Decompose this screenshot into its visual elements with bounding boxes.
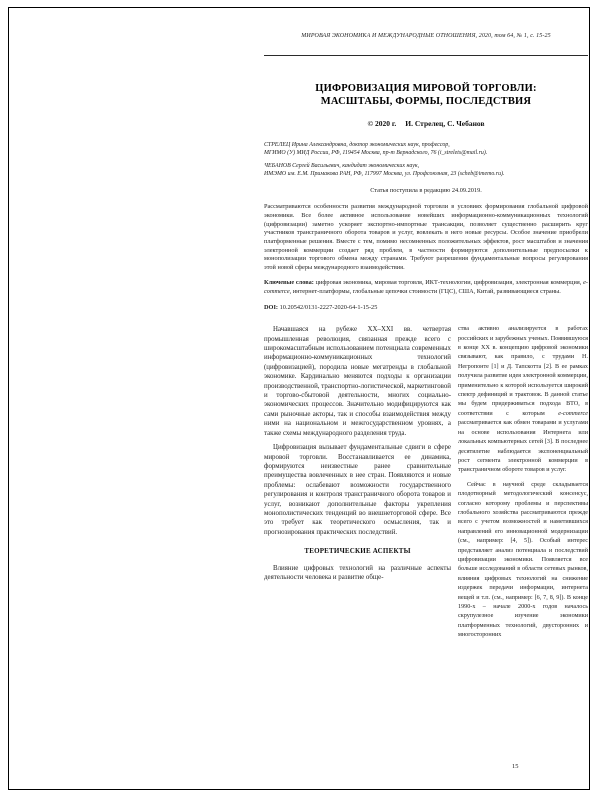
received-date: Статья поступила в редакцию 24.09.2019. (264, 187, 588, 194)
journal-running-head: МИРОВАЯ ЭКОНОМИКА И МЕЖДУНАРОДНЫЕ ОТНОШЕ… (264, 33, 588, 39)
copyright-year: © 2020 г. (367, 119, 396, 128)
body-columns: Начавшаяся на рубеже XX–XXI вв. четверта… (264, 325, 588, 640)
page-number: 15 (512, 763, 519, 770)
affiliation-chebanov: ЧЕБАНОВ Сергей Васильевич, кандидат экон… (264, 162, 588, 179)
affiliation-chebanov-line2: ИМЭМО им. Е.М. Примакова РАН, РФ, 117997… (264, 170, 588, 178)
keywords-label: Ключевые слова: (264, 279, 314, 286)
article-title-line2: МАСШТАБЫ, ФОРМЫ, ПОСЛЕДСТВИЯ (264, 95, 588, 108)
keywords: Ключевые слова: цифровая экономика, миро… (264, 279, 588, 296)
right-paragraph-1-text-2: рассматривается как обмен товарами и усл… (458, 420, 588, 473)
affiliation-strelets-line2: МГИМО (У) МИД России, РФ, 119454 Москва,… (264, 149, 588, 157)
keywords-text-2: , интернет-платформы, глобальные цепочки… (290, 288, 561, 295)
left-paragraph-2: Цифровизация вызывает фундаментальные сд… (264, 443, 451, 537)
article-title-line1: ЦИФРОВИЗАЦИЯ МИРОВОЙ ТОРГОВЛИ: (264, 82, 588, 95)
doi: DOI: 10.20542/0131-2227-2020-64-1-15-25 (264, 304, 588, 311)
doi-value: 10.20542/0131-2227-2020-64-1-15-25 (278, 304, 377, 311)
affiliations: СТРЕЛЕЦ Ирина Александровна, доктор экон… (264, 141, 588, 178)
keywords-text-1: цифровая экономика, мировая торговля, ИК… (314, 279, 583, 286)
article-title: ЦИФРОВИЗАЦИЯ МИРОВОЙ ТОРГОВЛИ: МАСШТАБЫ,… (264, 82, 588, 108)
authors: И. Стрелец, С. Чебанов (405, 119, 484, 128)
right-paragraph-2: Сейчас в научной среде складывается плод… (458, 481, 588, 641)
doi-label: DOI: (264, 304, 278, 311)
affiliation-strelets-line1: СТРЕЛЕЦ Ирина Александровна, доктор экон… (264, 141, 588, 149)
affiliation-chebanov-line1: ЧЕБАНОВ Сергей Васильевич, кандидат экон… (264, 162, 588, 170)
header-rule (264, 55, 588, 56)
right-paragraph-1-ecommerce: e-commerce (558, 411, 588, 417)
page-content: МИРОВАЯ ЭКОНОМИКА И МЕЖДУНАРОДНЫЕ ОТНОШЕ… (264, 33, 588, 641)
right-paragraph-1-text-1: ства активно анализируется в работах рос… (458, 326, 588, 417)
left-paragraph-1: Начавшаяся на рубеже XX–XXI вв. четверта… (264, 325, 451, 438)
body-right-column: ства активно анализируется в работах рос… (458, 325, 588, 640)
body-left-column: Начавшаяся на рубеже XX–XXI вв. четверта… (264, 325, 451, 582)
section-heading-theory: ТЕОРЕТИЧЕСКИЕ АСПЕКТЫ (264, 547, 451, 556)
left-paragraph-3: Влияние цифровых технологий на различные… (264, 564, 451, 583)
byline: © 2020 г.И. Стрелец, С. Чебанов (264, 119, 588, 128)
affiliation-strelets: СТРЕЛЕЦ Ирина Александровна, доктор экон… (264, 141, 588, 158)
abstract-text: Рассматриваются особенности развития меж… (264, 203, 588, 273)
right-paragraph-1: ства активно анализируется в работах рос… (458, 325, 588, 476)
